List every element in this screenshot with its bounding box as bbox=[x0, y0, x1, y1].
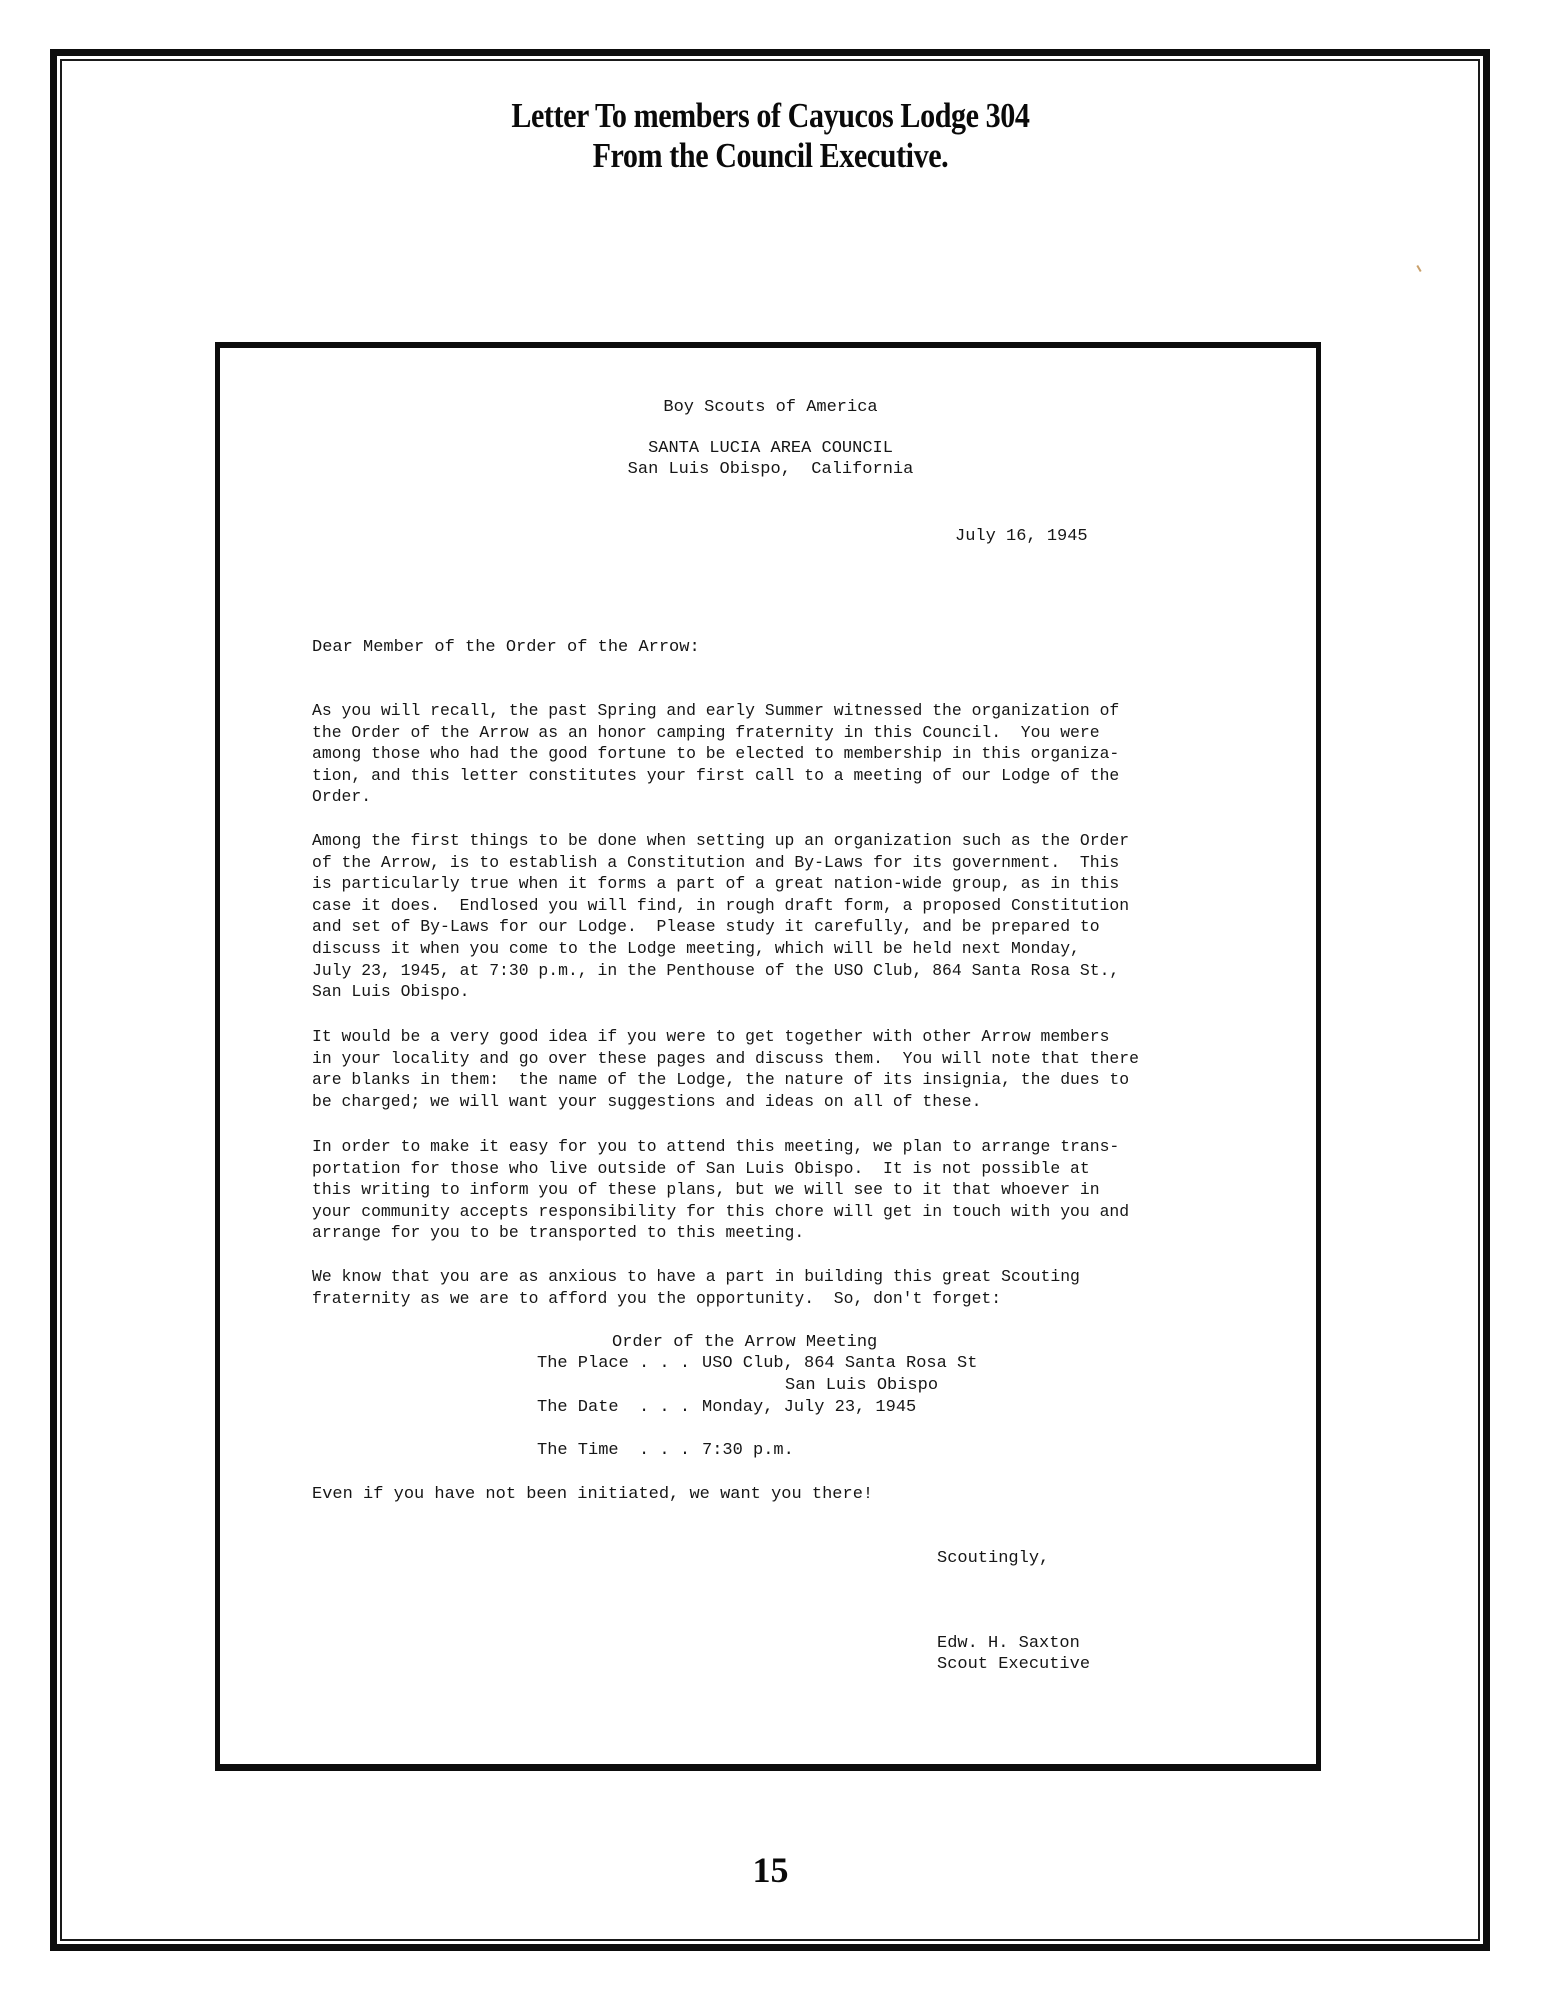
letter-paragraph: In order to make it easy for you to atte… bbox=[312, 1137, 1129, 1245]
letterhead-organization: Boy Scouts of America bbox=[0, 398, 1541, 417]
meeting-place-row: The Place . . .USO Club, 864 Santa Rosa … bbox=[537, 1353, 977, 1375]
signer-name: Edw. H. Saxton bbox=[937, 1633, 1080, 1655]
meeting-time-label: The Time . . . bbox=[537, 1440, 702, 1462]
page-number: 15 bbox=[0, 1850, 1541, 1890]
meeting-title: Order of the Arrow Meeting bbox=[612, 1332, 877, 1354]
meeting-date-value: Monday, July 23, 1945 bbox=[702, 1398, 916, 1417]
letter-paragraph: It would be a very good idea if you were… bbox=[312, 1027, 1139, 1113]
meeting-date-label: The Date . . . bbox=[537, 1397, 702, 1419]
page-title-line-2: From the Council Executive. bbox=[108, 136, 1433, 176]
signer-title: Scout Executive bbox=[937, 1654, 1090, 1676]
meeting-time-value: 7:30 p.m. bbox=[702, 1441, 794, 1460]
meeting-time-row: The Time . . .7:30 p.m. bbox=[537, 1440, 794, 1462]
page-title-line-1: Letter To members of Cayucos Lodge 304 bbox=[108, 96, 1433, 136]
meeting-date-row: The Date . . .Monday, July 23, 1945 bbox=[537, 1397, 916, 1419]
letter-paragraph: As you will recall, the past Spring and … bbox=[312, 701, 1119, 809]
valediction: Scoutingly, bbox=[937, 1548, 1049, 1570]
letter-date: July 16, 1945 bbox=[955, 526, 1088, 548]
letter-paragraph: Among the first things to be done when s… bbox=[312, 831, 1129, 1004]
meeting-place-value: USO Club, 864 Santa Rosa St bbox=[702, 1354, 977, 1373]
meeting-place-label: The Place . . . bbox=[537, 1353, 702, 1375]
salutation: Dear Member of the Order of the Arrow: bbox=[312, 637, 700, 659]
meeting-place-value-line-2: San Luis Obispo bbox=[785, 1375, 938, 1397]
letterhead-location: San Luis Obispo, California bbox=[0, 460, 1541, 479]
letterhead-council: SANTA LUCIA AREA COUNCIL bbox=[0, 439, 1541, 458]
page-title: Letter To members of Cayucos Lodge 304 F… bbox=[108, 96, 1433, 176]
closing-note: Even if you have not been initiated, we … bbox=[312, 1484, 873, 1506]
letter-paragraph: We know that you are as anxious to have … bbox=[312, 1267, 1080, 1310]
